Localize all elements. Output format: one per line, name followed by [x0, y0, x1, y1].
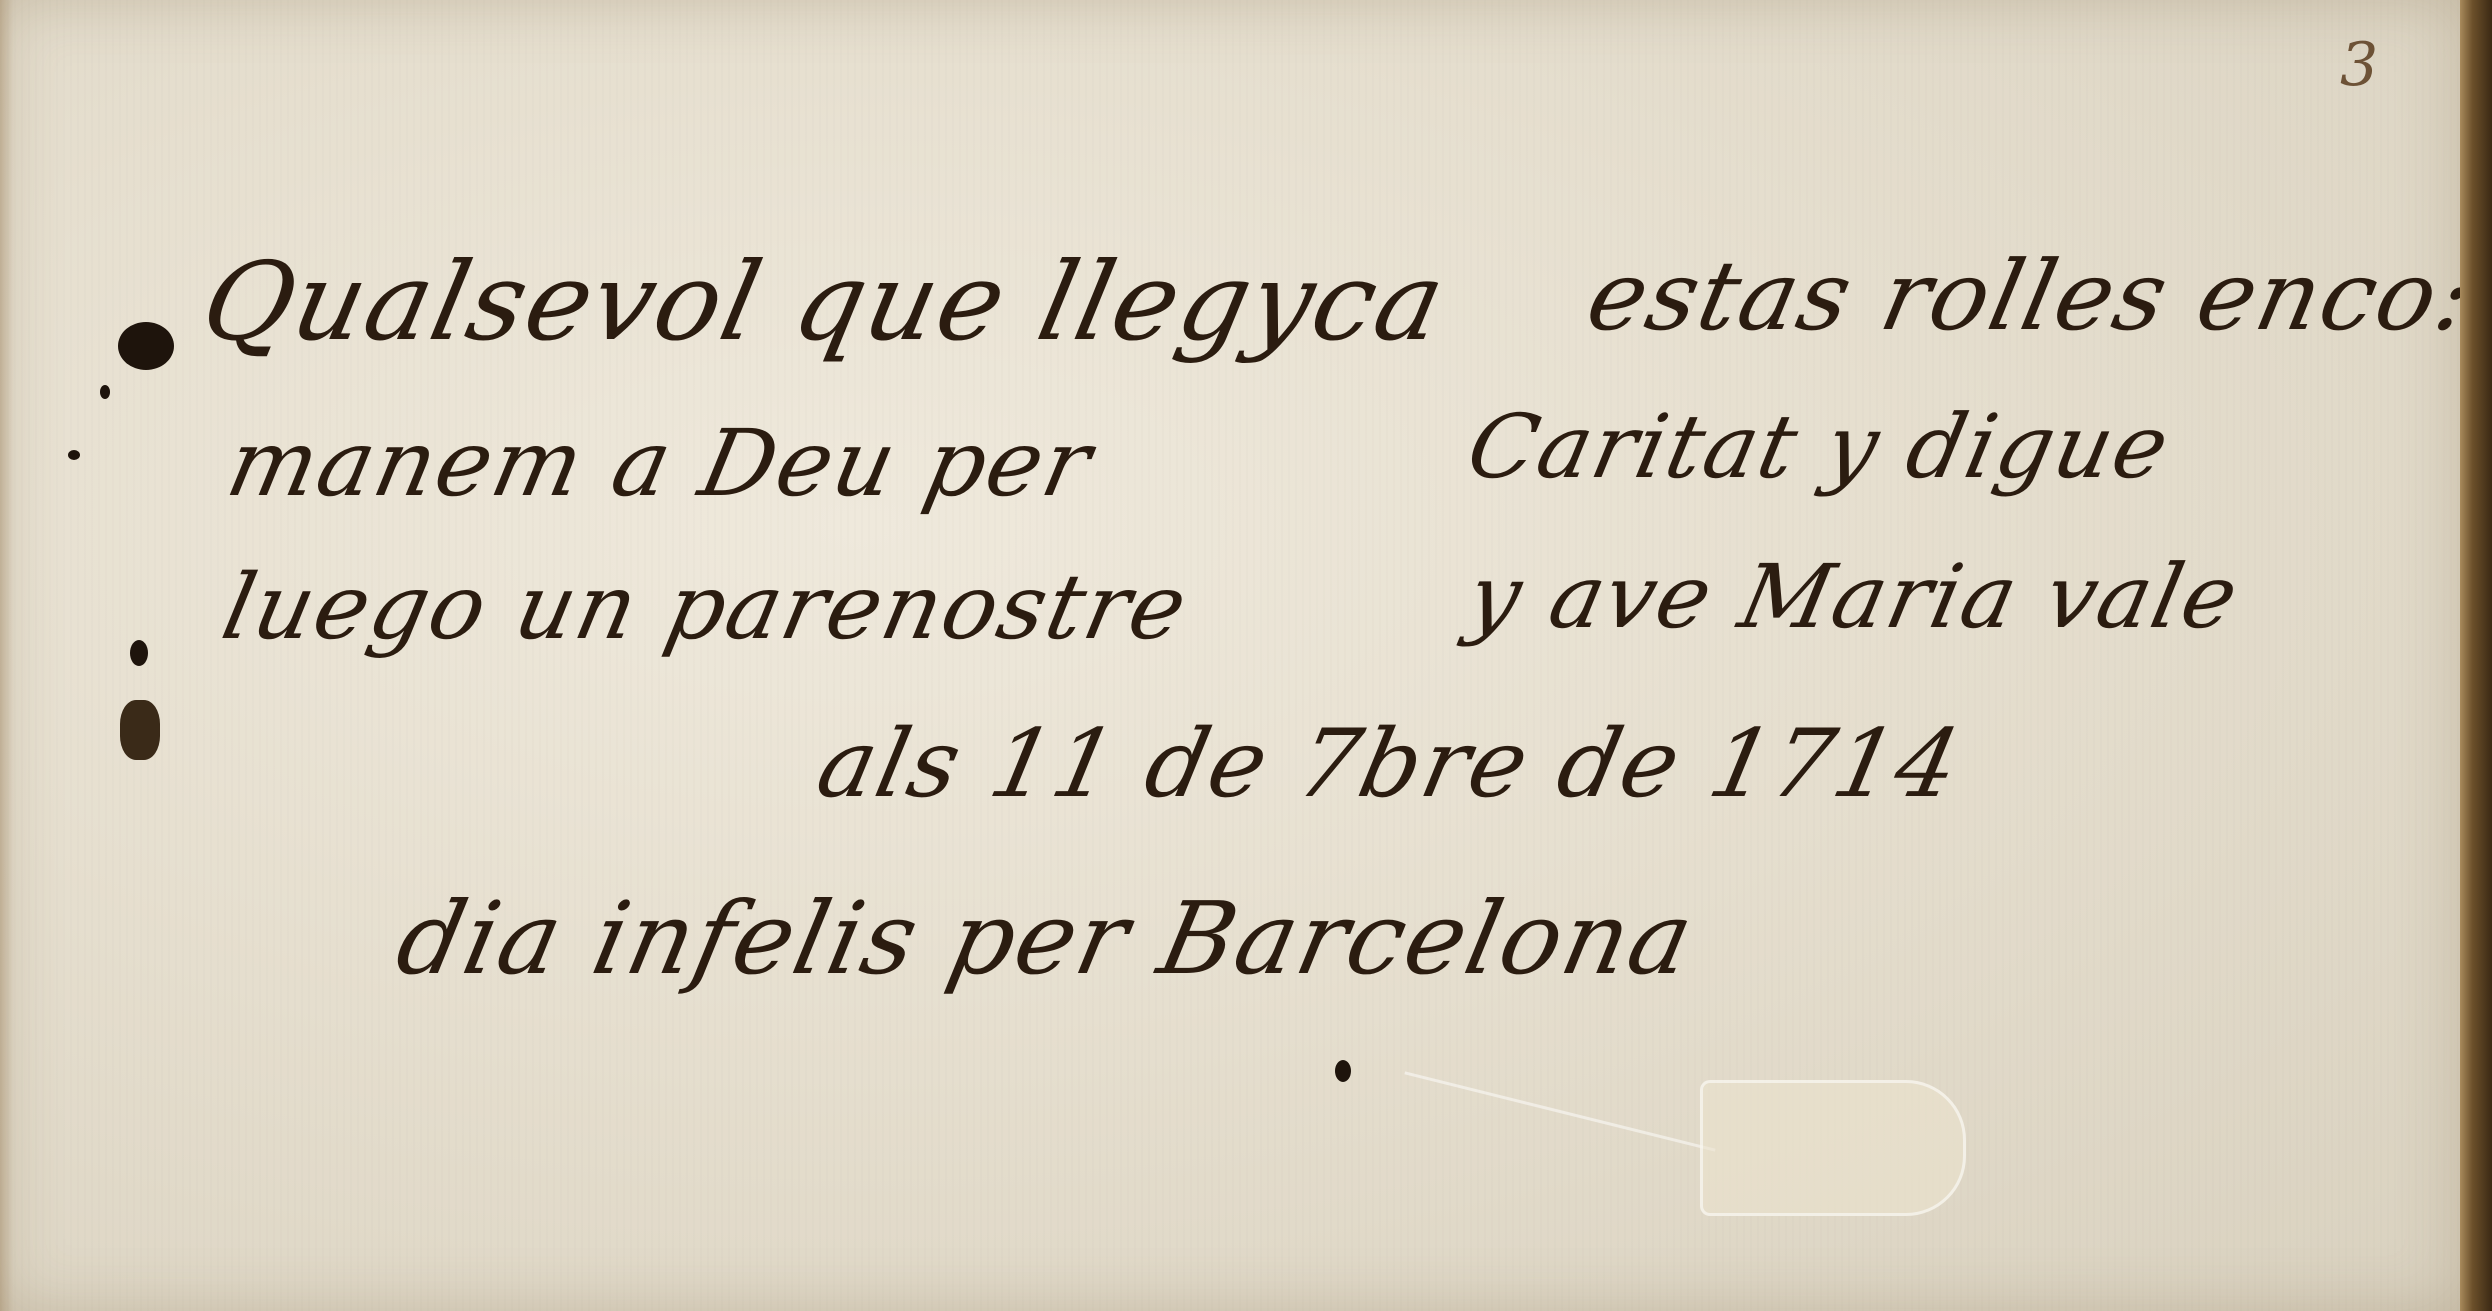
manuscript-line-1a: Qualsevol que llegyca	[192, 240, 1457, 365]
manuscript-line-2b: Caritat y digue	[1459, 395, 2179, 498]
binding-hole	[130, 640, 148, 666]
paper-abrasion-trail	[1404, 1071, 1715, 1151]
binding-edge	[2460, 0, 2492, 1311]
manuscript-line-3b: y ave Maria vale	[1459, 545, 2248, 648]
manuscript-line-1b: estas rolles enco:	[1578, 240, 2484, 352]
manuscript-page: 3 Qualsevol que llegyca estas rolles enc…	[0, 0, 2460, 1311]
manuscript-line-2a: manem a Deu per	[219, 410, 1102, 517]
page-number-mark: 3	[2340, 30, 2378, 100]
binding-hole	[100, 385, 110, 399]
ink-dot	[1335, 1060, 1351, 1082]
manuscript-date-line: als 11 de 7bre de 1714	[808, 710, 1970, 819]
binding-hole	[68, 450, 80, 460]
page-left-edge	[0, 0, 14, 1311]
binding-hole	[120, 700, 160, 760]
paper-abrasion-patch	[1700, 1080, 1966, 1216]
manuscript-line-5: dia infelis per Barcelona	[388, 880, 1705, 997]
manuscript-line-3a: luego un parenostre	[214, 555, 1198, 660]
binding-hole	[118, 322, 174, 370]
